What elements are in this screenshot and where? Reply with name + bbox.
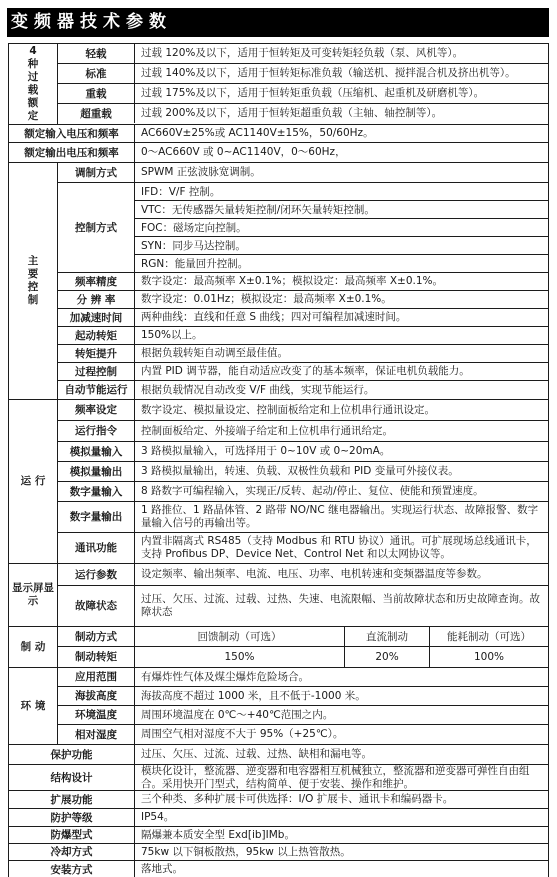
row-label: 标准 xyxy=(58,64,135,83)
spec-row: 额定输入电压和频率AC660V±25%或 AC1140V±15%，50/60Hz… xyxy=(9,125,548,143)
row-label: 运行参数 xyxy=(58,564,135,585)
spec-row: 超重载过载 200%及以下，适用于恒转矩超重负载（主轴、轴控制等）。 xyxy=(58,104,548,123)
row-label: 过程控制 xyxy=(58,363,135,380)
row-label: 扩展功能 xyxy=(9,791,135,808)
row-value: 0～AC660V 或 0~AC1140V，0～60Hz， xyxy=(135,143,548,162)
row-value: 海拔高度不超过 1000 米，且不低于-1000 米。 xyxy=(135,687,548,705)
row-value: 内置非隔离式 RS485（支持 Modbus 和 RTU 协议）通讯。可扩展现场… xyxy=(135,533,548,563)
section-display: 显示屏显示运行参数设定频率、输出频率、电流、电压、功率、电机转速和变频器温度等参… xyxy=(9,564,548,627)
spec-row: 安装方式落地式。 xyxy=(9,861,548,877)
row-value: 有爆炸性气体及煤尘爆炸危险场合。 xyxy=(135,668,548,686)
spec-row: 制动方式回馈制动（可选）直流制动能耗制动（可选） xyxy=(58,627,548,647)
spec-row: 数字量输入8 路数字可编程输入，实现正/反转、起动/停止、复位、使能和预置速度。 xyxy=(58,482,548,502)
row-label: 加减速时间 xyxy=(58,309,135,326)
group-label-braking: 制 动 xyxy=(9,627,58,667)
row-value: 控制面板给定、外接端子给定和上位机串行通讯给定。 xyxy=(135,421,548,441)
row-label: 相对湿度 xyxy=(58,725,135,744)
spec-row: 额定输出电压和频率0～AC660V 或 0~AC1140V，0～60Hz， xyxy=(9,143,548,162)
page: 变频器技术参数 4 种 过 载 额 定轻载过载 120%及以下，适用于恒转矩及可… xyxy=(0,0,557,877)
row-label: 环境温度 xyxy=(58,706,135,724)
section-main-control: 主 要 控 制调制方式SPWM 正弦波脉宽调制。控制方式IFD：V/F 控制。V… xyxy=(9,163,548,400)
rows-braking: 制动方式回馈制动（可选）直流制动能耗制动（可选）制动转矩150%20%100% xyxy=(58,627,548,667)
section-braking: 制 动制动方式回馈制动（可选）直流制动能耗制动（可选）制动转矩150%20%10… xyxy=(9,627,548,668)
row-value: 过压、欠压、过流、过载、过热、失速、电流限幅、当前故障状态和历史故障查询。故障状… xyxy=(135,586,548,626)
rows-overload: 轻载过载 120%及以下，适用于恒转矩及可变转矩轻负载（泵、风机等）。标准过载 … xyxy=(58,44,548,124)
row-label: 故障状态 xyxy=(58,586,135,626)
row-label: 频率精度 xyxy=(58,273,135,290)
row-value: 数字设定：最高频率 X±0.1%；模拟设定：最高频率 X±0.1%。 xyxy=(135,273,548,290)
spec-row: 冷却方式75kw 以下铜板散热，95kw 以上热管散热。 xyxy=(9,844,548,861)
spec-row: 模拟量输入3 路模拟量输入，可选择用于 0~10V 或 0~20mA。 xyxy=(58,442,548,462)
spec-row: 运行指令控制面板给定、外接端子给定和上位机串行通讯给定。 xyxy=(58,421,548,442)
row-value: IP54。 xyxy=(135,809,548,826)
row-label: 制动方式 xyxy=(58,627,135,646)
row-value: 落地式。 xyxy=(135,861,548,877)
spec-row: 相对湿度周围空气相对湿度不大于 95%（+25℃）。 xyxy=(58,725,548,744)
page-title: 变频器技术参数 xyxy=(7,8,549,37)
spec-row: 故障状态过压、欠压、过流、过载、过热、失速、电流限幅、当前故障状态和历史故障查询… xyxy=(58,586,548,626)
section-bottom: 保护功能过压、欠压、过流、过载、过热、缺相和漏电等。结构设计模块化设计，整流器、… xyxy=(9,745,548,877)
row-subline-value: VTC：无传感器矢量转矩控制/闭环矢量转矩控制。 xyxy=(135,201,548,219)
row-col-value: 150% xyxy=(135,647,345,667)
rows-operation: 频率设定数字设定、模拟量设定、控制面板给定和上位机串行通讯设定。运行指令控制面板… xyxy=(58,400,548,563)
row-col-value: 回馈制动（可选） xyxy=(135,627,345,646)
rows-rated: 额定输入电压和频率AC660V±25%或 AC1140V±15%，50/60Hz… xyxy=(9,125,548,162)
row-value: 周围空气相对湿度不大于 95%（+25℃）。 xyxy=(135,725,548,744)
group-label-overload: 4 种 过 载 额 定 xyxy=(9,44,58,124)
section-rated: 额定输入电压和频率AC660V±25%或 AC1140V±15%，50/60Hz… xyxy=(9,125,548,163)
row-value: 过载 120%及以下，适用于恒转矩及可变转矩轻负载（泵、风机等）。 xyxy=(135,44,548,63)
spec-row: 频率精度数字设定：最高频率 X±0.1%；模拟设定：最高频率 X±0.1%。 xyxy=(58,273,548,291)
spec-row: 自动节能运行根据负载情况自动改变 V/F 曲线，实现节能运行。 xyxy=(58,381,548,399)
row-value: 过载 200%及以下，适用于恒转矩超重负载（主轴、轴控制等）。 xyxy=(135,104,548,123)
rows-display: 运行参数设定频率、输出频率、电流、电压、功率、电机转速和变频器温度等参数。故障状… xyxy=(58,564,548,626)
spec-row: 数字量输出1 路推位、1 路晶体管、2 路带 NO/NC 继电器输出。实现运行状… xyxy=(58,502,548,533)
group-label-operation: 运 行 xyxy=(9,400,58,563)
row-value: 模块化设计，整流器、逆变器和电容器相互机械独立，整流器和逆变器可弹性自由组合。采… xyxy=(135,765,548,790)
row-subline-value: FOC：磁场定向控制。 xyxy=(135,219,548,237)
row-value: 隔爆兼本质安全型 Exd[ib]IMb。 xyxy=(135,827,548,843)
row-value: 两种曲线：直线和任意 S 曲线；四对可编程加减速时间。 xyxy=(135,309,548,326)
row-value: 根据负载转矩自动调至最佳值。 xyxy=(135,345,548,362)
row-label: 冷却方式 xyxy=(9,844,135,860)
row-subline-value: IFD：V/F 控制。 xyxy=(135,183,548,201)
row-label: 轻载 xyxy=(58,44,135,63)
row-label: 通讯功能 xyxy=(58,533,135,563)
group-label-display: 显示屏显示 xyxy=(9,564,58,626)
row-value: 1 路推位、1 路晶体管、2 路带 NO/NC 继电器输出。实现运行状态、故障报… xyxy=(135,502,548,532)
row-label: 转矩提升 xyxy=(58,345,135,362)
row-value: 3 路模拟量输入，可选择用于 0~10V 或 0~20mA。 xyxy=(135,442,548,461)
spec-row: 环境温度周围环境温度在 0℃～+40℃范围之内。 xyxy=(58,706,548,725)
spec-row: 运行参数设定频率、输出频率、电流、电压、功率、电机转速和变频器温度等参数。 xyxy=(58,564,548,586)
section-operation: 运 行频率设定数字设定、模拟量设定、控制面板给定和上位机串行通讯设定。运行指令控… xyxy=(9,400,548,564)
row-sublines: IFD：V/F 控制。VTC：无传感器矢量转矩控制/闭环矢量转矩控制。FOC：磁… xyxy=(135,183,548,272)
section-environment: 环 境应用范围有爆炸性气体及煤尘爆炸危险场合。海拔高度海拔高度不超过 1000 … xyxy=(9,668,548,745)
rows-bottom: 保护功能过压、欠压、过流、过载、过热、缺相和漏电等。结构设计模块化设计，整流器、… xyxy=(9,745,548,877)
spec-row: 轻载过载 120%及以下，适用于恒转矩及可变转矩轻负载（泵、风机等）。 xyxy=(58,44,548,64)
spec-row: 控制方式IFD：V/F 控制。VTC：无传感器矢量转矩控制/闭环矢量转矩控制。F… xyxy=(58,183,548,273)
spec-row: 保护功能过压、欠压、过流、过载、过热、缺相和漏电等。 xyxy=(9,745,548,765)
spec-row: 重载过载 175%及以下，适用于恒转矩重负载（压缩机、起重机及研磨机等）。 xyxy=(58,84,548,104)
row-label: 额定输出电压和频率 xyxy=(9,143,135,162)
row-value: 根据负载情况自动改变 V/F 曲线，实现节能运行。 xyxy=(135,381,548,399)
row-value: 3 路模拟量输出，转速、负载、双极性负载和 PID 变量可外接仪表。 xyxy=(135,462,548,481)
row-label: 安装方式 xyxy=(9,861,135,877)
spec-row: 过程控制内置 PID 调节器，能自动适应改变了的基本频率，保证电机负载能力。 xyxy=(58,363,548,381)
spec-row: 结构设计模块化设计，整流器、逆变器和电容器相互机械独立，整流器和逆变器可弹性自由… xyxy=(9,765,548,791)
row-label: 数字量输入 xyxy=(58,482,135,501)
row-col-value: 直流制动 xyxy=(345,627,430,646)
row-col-value: 20% xyxy=(345,647,430,667)
row-value: 数字设定、模拟量设定、控制面板给定和上位机串行通讯设定。 xyxy=(135,400,548,420)
row-label: 制动转矩 xyxy=(58,647,135,667)
row-label: 海拔高度 xyxy=(58,687,135,705)
row-label: 起动转矩 xyxy=(58,327,135,344)
row-value: 数字设定：0.01Hz；模拟设定：最高频率 X±0.1%。 xyxy=(135,291,548,308)
row-subline-value: RGN：能量回升控制。 xyxy=(135,255,548,272)
row-label: 调制方式 xyxy=(58,163,135,182)
rows-environment: 应用范围有爆炸性气体及煤尘爆炸危险场合。海拔高度海拔高度不超过 1000 米，且… xyxy=(58,668,548,744)
row-label: 模拟量输入 xyxy=(58,442,135,461)
row-label: 保护功能 xyxy=(9,745,135,764)
row-value: 周围环境温度在 0℃～+40℃范围之内。 xyxy=(135,706,548,724)
spec-row: 分 辨 率数字设定：0.01Hz；模拟设定：最高频率 X±0.1%。 xyxy=(58,291,548,309)
spec-row: 通讯功能内置非隔离式 RS485（支持 Modbus 和 RTU 协议）通讯。可… xyxy=(58,533,548,563)
spec-row: 海拔高度海拔高度不超过 1000 米，且不低于-1000 米。 xyxy=(58,687,548,706)
row-value: 过压、欠压、过流、过载、过热、缺相和漏电等。 xyxy=(135,745,548,764)
row-label: 结构设计 xyxy=(9,765,135,790)
spec-row: 标准过载 140%及以下，适用于恒转矩标准负载（输送机、搅拌混合机及挤出机等）。 xyxy=(58,64,548,84)
spec-row: 扩展功能三个种类、多种扩展卡可供选择：I/O 扩展卡、通讯卡和编码器卡。 xyxy=(9,791,548,809)
row-label: 数字量输出 xyxy=(58,502,135,532)
spec-row: 防护等级IP54。 xyxy=(9,809,548,827)
spec-row: 加减速时间两种曲线：直线和任意 S 曲线；四对可编程加减速时间。 xyxy=(58,309,548,327)
row-label: 防护等级 xyxy=(9,809,135,826)
row-value: 150%以上。 xyxy=(135,327,548,344)
row-label: 超重载 xyxy=(58,104,135,123)
section-overload: 4 种 过 载 额 定轻载过载 120%及以下，适用于恒转矩及可变转矩轻负载（泵… xyxy=(9,44,548,125)
row-value: SPWM 正弦波脉宽调制。 xyxy=(135,163,548,182)
row-label: 控制方式 xyxy=(58,183,135,272)
row-value: 设定频率、输出频率、电流、电压、功率、电机转速和变频器温度等参数。 xyxy=(135,564,548,585)
row-value: 过载 140%及以下，适用于恒转矩标准负载（输送机、搅拌混合机及挤出机等）。 xyxy=(135,64,548,83)
spec-row: 转矩提升根据负载转矩自动调至最佳值。 xyxy=(58,345,548,363)
spec-row: 起动转矩150%以上。 xyxy=(58,327,548,345)
spec-table: 4 种 过 载 额 定轻载过载 120%及以下，适用于恒转矩及可变转矩轻负载（泵… xyxy=(8,43,549,877)
row-value: 8 路数字可编程输入，实现正/反转、起动/停止、复位、使能和预置速度。 xyxy=(135,482,548,501)
row-label: 自动节能运行 xyxy=(58,381,135,399)
row-subline-value: SYN：同步马达控制。 xyxy=(135,237,548,255)
row-label: 运行指令 xyxy=(58,421,135,441)
row-col-value: 能耗制动（可选） xyxy=(430,627,548,646)
row-label: 防爆型式 xyxy=(9,827,135,843)
group-label-environment: 环 境 xyxy=(9,668,58,744)
row-value: AC660V±25%或 AC1140V±15%，50/60Hz。 xyxy=(135,125,548,142)
spec-row: 应用范围有爆炸性气体及煤尘爆炸危险场合。 xyxy=(58,668,548,687)
row-label: 频率设定 xyxy=(58,400,135,420)
row-label: 分 辨 率 xyxy=(58,291,135,308)
group-label-main-control: 主 要 控 制 xyxy=(9,163,58,399)
row-value: 内置 PID 调节器，能自动适应改变了的基本频率，保证电机负载能力。 xyxy=(135,363,548,380)
spec-row: 调制方式SPWM 正弦波脉宽调制。 xyxy=(58,163,548,183)
row-label: 重载 xyxy=(58,84,135,103)
row-col-value: 100% xyxy=(430,647,548,667)
row-value: 三个种类、多种扩展卡可供选择：I/O 扩展卡、通讯卡和编码器卡。 xyxy=(135,791,548,808)
spec-row: 制动转矩150%20%100% xyxy=(58,647,548,667)
row-label: 模拟量输出 xyxy=(58,462,135,481)
row-value: 过载 175%及以下，适用于恒转矩重负载（压缩机、起重机及研磨机等）。 xyxy=(135,84,548,103)
spec-row: 防爆型式隔爆兼本质安全型 Exd[ib]IMb。 xyxy=(9,827,548,844)
row-label: 额定输入电压和频率 xyxy=(9,125,135,142)
row-label: 应用范围 xyxy=(58,668,135,686)
rows-main-control: 调制方式SPWM 正弦波脉宽调制。控制方式IFD：V/F 控制。VTC：无传感器… xyxy=(58,163,548,399)
row-value: 75kw 以下铜板散热，95kw 以上热管散热。 xyxy=(135,844,548,860)
spec-row: 频率设定数字设定、模拟量设定、控制面板给定和上位机串行通讯设定。 xyxy=(58,400,548,421)
spec-row: 模拟量输出3 路模拟量输出，转速、负载、双极性负载和 PID 变量可外接仪表。 xyxy=(58,462,548,482)
